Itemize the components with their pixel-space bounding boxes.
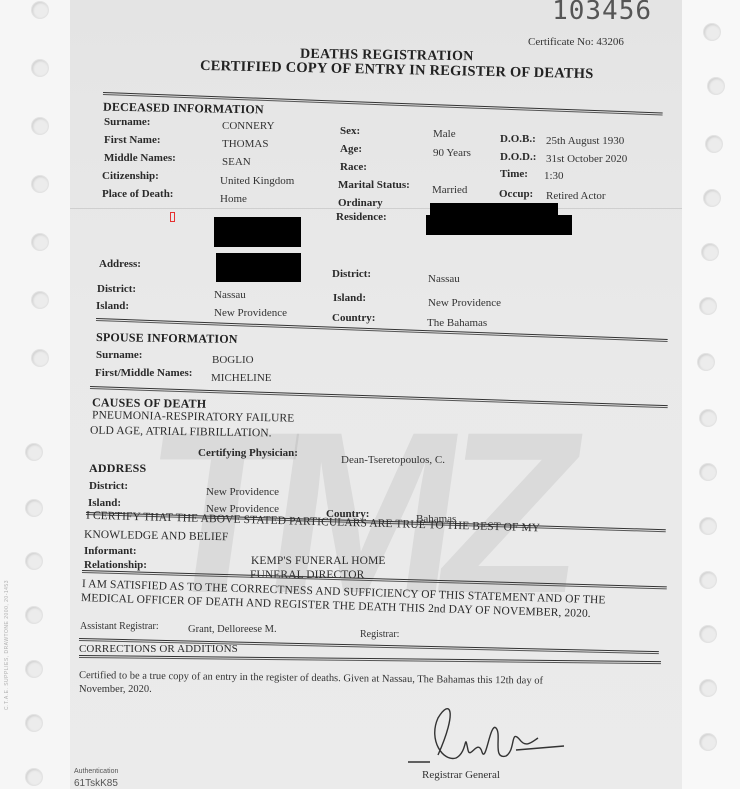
- tractor-hole: [32, 176, 48, 192]
- tractor-hole: [700, 734, 716, 750]
- dod-value: 31st October 2020: [546, 153, 627, 165]
- tractor-hole: [32, 60, 48, 76]
- certificate-number: Certificate No: 43206: [528, 36, 624, 48]
- country-value: The Bahamas: [427, 317, 487, 329]
- island-right-value: New Providence: [428, 297, 501, 309]
- spouse-first-middle-value: MICHELINE: [211, 372, 272, 384]
- registrar-signature: [398, 700, 568, 780]
- age-label: Age:: [340, 143, 362, 155]
- address-district-label: District:: [89, 480, 128, 492]
- tractor-hole: [700, 298, 716, 314]
- redaction-block: [214, 217, 301, 247]
- tractor-hole: [700, 680, 716, 696]
- tractor-hole: [32, 292, 48, 308]
- first-name-value: THOMAS: [222, 138, 268, 150]
- tractor-hole: [700, 518, 716, 534]
- occupation-value: Retired Actor: [546, 190, 606, 202]
- time-value: 1:30: [544, 170, 564, 182]
- registrar-general-label: Registrar General: [422, 769, 500, 781]
- address-label: Address:: [99, 258, 141, 270]
- place-of-death-value: Home: [220, 193, 247, 205]
- assistant-registrar-label: Assistant Registrar:: [80, 621, 159, 632]
- spouse-heading: SPOUSE INFORMATION: [96, 330, 238, 347]
- race-label: Race:: [340, 161, 367, 173]
- registrar-label: Registrar:: [360, 629, 399, 640]
- country-label: Country:: [332, 312, 375, 324]
- dob-label: D.O.B.:: [500, 133, 536, 145]
- tractor-hole: [26, 500, 42, 516]
- tractor-hole: [704, 190, 720, 206]
- tractor-hole: [26, 607, 42, 623]
- island-right-label: Island:: [333, 292, 366, 304]
- tractor-hole: [704, 24, 720, 40]
- marital-status-label: Marital Status:: [338, 179, 410, 191]
- island-left-value: New Providence: [214, 307, 287, 319]
- side-imprint: C.T.A.E. SUPPLIES, DRAWTONE 2000, 20-145…: [4, 470, 18, 710]
- island-left-label: Island:: [96, 300, 129, 312]
- informant-value: KEMP'S FUNERAL HOME: [251, 555, 386, 567]
- assistant-registrar-value: Grant, Delloreese M.: [188, 624, 277, 635]
- corrections-heading: CORRECTIONS OR ADDITIONS: [79, 643, 238, 655]
- ordinary-residence-label-2: Residence:: [336, 211, 387, 223]
- tractor-hole: [700, 626, 716, 642]
- physician-value: Dean-Tseretopoulos, C.: [341, 454, 445, 466]
- spouse-first-middle-label: First/Middle Names:: [95, 367, 192, 379]
- tractor-hole: [32, 234, 48, 250]
- right-tractor-margin: [680, 0, 740, 789]
- redaction-block: [216, 253, 301, 282]
- occupation-label: Occup:: [499, 188, 533, 200]
- tractor-hole: [32, 118, 48, 134]
- informant-label: Informant:: [84, 545, 137, 557]
- tractor-hole: [700, 464, 716, 480]
- surname-label: Surname:: [104, 116, 150, 128]
- deceased-heading: DECEASED INFORMATION: [103, 100, 264, 118]
- sex-label: Sex:: [340, 125, 360, 137]
- sex-value: Male: [433, 128, 456, 140]
- place-of-death-label: Place of Death:: [102, 188, 173, 200]
- address-island-label: Island:: [88, 497, 121, 509]
- relationship-label: Relationship:: [84, 559, 147, 571]
- authentication-label: Authentication: [74, 768, 118, 775]
- district-right-value: Nassau: [428, 273, 460, 285]
- tractor-hole: [706, 136, 722, 152]
- first-name-label: First Name:: [104, 134, 161, 146]
- tractor-hole: [26, 553, 42, 569]
- tractor-hole: [26, 769, 42, 785]
- address-district-value: New Providence: [206, 486, 279, 498]
- dob-value: 25th August 1930: [546, 135, 624, 147]
- serial-number: 103456: [552, 0, 652, 26]
- district-right-label: District:: [332, 268, 371, 280]
- certified-line-2: November, 2020.: [79, 684, 152, 695]
- tractor-hole: [32, 350, 48, 366]
- spouse-surname-value: BOGLIO: [212, 354, 254, 366]
- tractor-hole: [702, 244, 718, 260]
- dod-label: D.O.D.:: [500, 151, 536, 163]
- tractor-hole: [700, 410, 716, 426]
- marital-status-value: Married: [432, 184, 467, 196]
- district-left-value: Nassau: [214, 289, 246, 301]
- annotation-marker: [170, 212, 175, 222]
- authentication-code: 61TskK85: [74, 778, 118, 789]
- surname-value: CONNERY: [222, 120, 275, 132]
- tractor-hole: [26, 715, 42, 731]
- middle-names-label: Middle Names:: [104, 152, 176, 164]
- tractor-hole: [32, 2, 48, 18]
- time-label: Time:: [500, 168, 528, 180]
- tractor-hole: [26, 444, 42, 460]
- citizenship-label: Citizenship:: [102, 170, 159, 182]
- tractor-hole: [700, 572, 716, 588]
- age-value: 90 Years: [433, 147, 471, 159]
- tractor-hole: [698, 354, 714, 370]
- physician-label: Certifying Physician:: [198, 447, 298, 459]
- tractor-hole: [26, 661, 42, 677]
- redaction-block: [426, 215, 572, 235]
- tractor-hole: [708, 78, 724, 94]
- citizenship-value: United Kingdom: [220, 175, 294, 187]
- address-heading: ADDRESS: [89, 461, 146, 476]
- district-left-label: District:: [97, 283, 136, 295]
- spouse-surname-label: Surname:: [96, 349, 142, 361]
- certify-line-2: KNOWLEDGE AND BELIEF: [84, 529, 229, 544]
- middle-names-value: SEAN: [222, 156, 251, 168]
- ordinary-residence-label: Ordinary: [338, 197, 383, 209]
